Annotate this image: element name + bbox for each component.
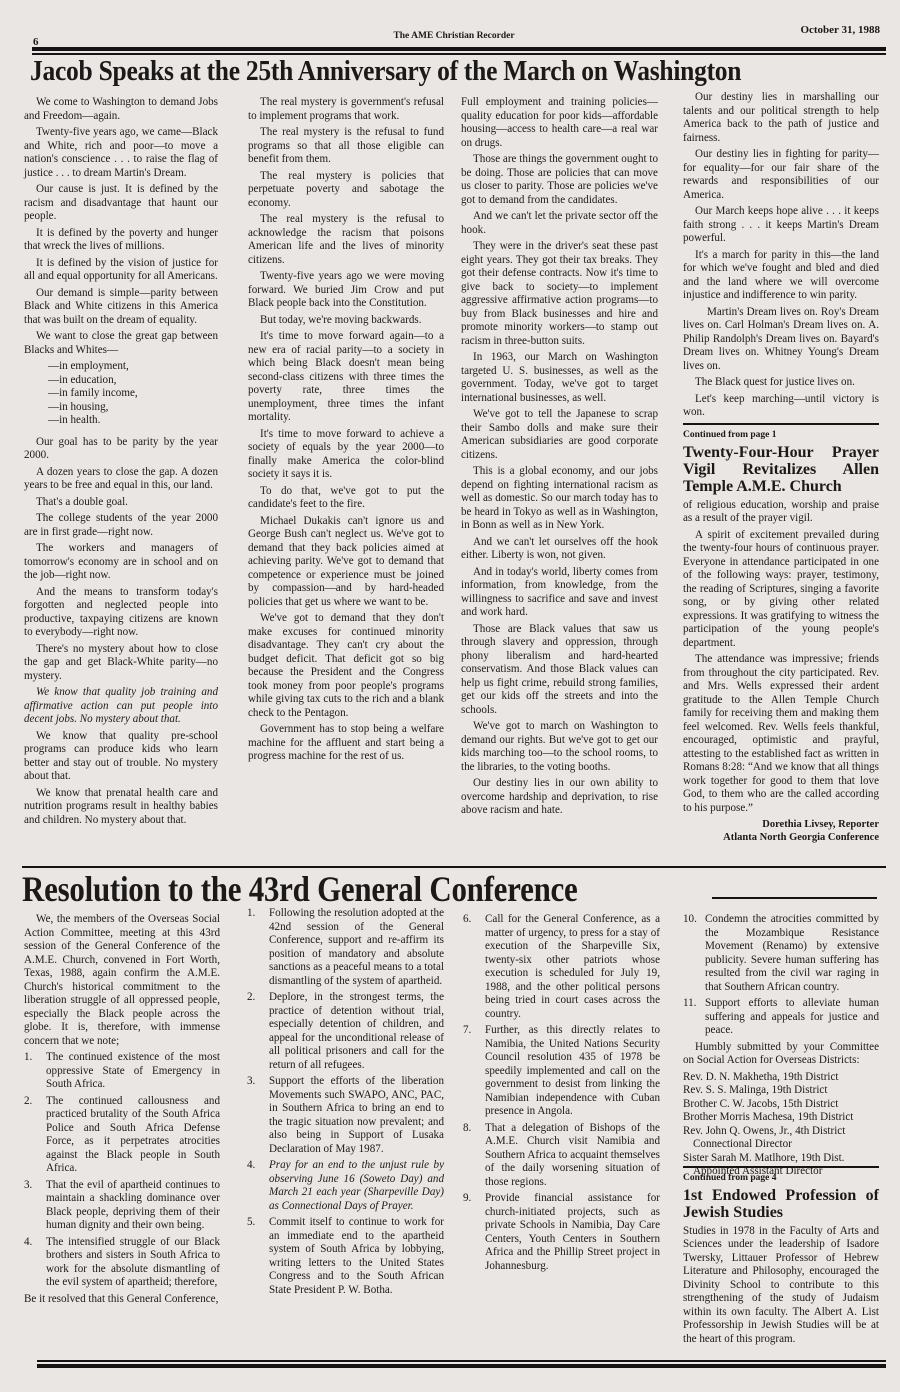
paragraph: The real mystery is government's refusal… (248, 96, 444, 123)
article1-column-3: Full employment and training policies—qu… (461, 96, 658, 821)
item-number: 2. (247, 991, 269, 1072)
resolution-item: 10.Condemn the atrocities committed by t… (683, 913, 879, 994)
signatories: Rev. D. N. Makhetha, 19th District Rev. … (683, 1071, 879, 1179)
paragraph: The real mystery is policies that perpet… (248, 170, 444, 211)
gap-list-item: —in employment, (48, 360, 218, 374)
gap-list-item: —in health. (48, 414, 218, 428)
article-headline-jacob: Jacob Speaks at the 25th Anniversary of … (30, 55, 741, 88)
intro-paragraph: We, the members of the Overseas Social A… (24, 913, 220, 1048)
paragraph: It's time to move forward to achieve a s… (248, 428, 444, 482)
paragraph: We want to close the great gap between B… (24, 330, 218, 357)
resolution-item: 2.Deplore, in the strongest terms, the p… (247, 991, 444, 1072)
item-number: 10. (683, 913, 705, 994)
resolution-item: 9.Provide financial assistance for churc… (463, 1192, 660, 1273)
paragraph: Full employment and training policies—qu… (461, 96, 658, 150)
resolutions-list-continued: 6.Call for the General Conference, as a … (463, 913, 660, 1273)
paragraph: Our destiny lies in fighting for parity—… (683, 148, 879, 202)
paragraph: It is defined by the poverty and hunger … (24, 227, 218, 254)
resolution-item: 4.Pray for an end to the unjust rule by … (247, 1159, 444, 1213)
resolved-clause: Be it resolved that this General Confere… (24, 1293, 220, 1307)
resolution-column-4: 10.Condemn the atrocities committed by t… (683, 913, 879, 1179)
paragraph: A spirit of excitement prevailed during … (683, 529, 879, 651)
sidebar-rule (683, 1166, 879, 1168)
paragraph: Those are Black values that saw us throu… (461, 623, 658, 718)
item-number: 1. (24, 1051, 46, 1092)
resolution-column-2: 1.Following the resolution adopted at th… (247, 907, 444, 1300)
item-text: Following the resolution adopted at the … (269, 907, 444, 988)
paragraph: Martin's Dream lives on. Roy's Dream liv… (683, 306, 879, 374)
item-text: The continued existence of the most oppr… (46, 1051, 220, 1092)
paragraph: The attendance was impressive; friends f… (683, 653, 879, 815)
item-number: 1. (247, 907, 269, 988)
item-text: Condemn the atrocities committed by the … (705, 913, 879, 994)
paragraph: Those are things the government ought to… (461, 153, 658, 207)
paragraph: of religious education, worship and prai… (683, 499, 879, 526)
paragraph: To do that, we've got to put the candida… (248, 485, 444, 512)
issue-date: October 31, 1988 (800, 24, 880, 36)
concerns-list: 1.The continued existence of the most op… (24, 1051, 220, 1290)
signatory: Rev. John Q. Owens, Jr., 4th District (683, 1125, 879, 1139)
paragraph: The real mystery is the refusal to ackno… (248, 213, 444, 267)
gap-list: —in employment, —in education, —in famil… (24, 360, 218, 428)
paragraph: It is defined by the vision of justice f… (24, 257, 218, 284)
paragraph: The college students of the year 2000 ar… (24, 512, 218, 539)
paragraph: The Black quest for justice lives on. (683, 376, 879, 390)
paragraph: It's time to move forward again—to a new… (248, 330, 444, 425)
item-number: 4. (247, 1159, 269, 1213)
item-number: 3. (247, 1075, 269, 1156)
paragraph: This is a global economy, and our jobs d… (461, 465, 658, 533)
item-number: 9. (463, 1192, 485, 1273)
resolution-item: 6.Call for the General Conference, as a … (463, 913, 660, 1021)
concern-item: 1.The continued existence of the most op… (24, 1051, 220, 1092)
item-number: 4. (24, 1236, 46, 1290)
paragraph: Twenty-five years ago, we came—Black and… (24, 126, 218, 180)
paragraph: It's a march for parity in this—the land… (683, 249, 879, 303)
paragraph: And the means to transform today's forgo… (24, 586, 218, 640)
item-text: The continued callousness and practiced … (46, 1095, 220, 1176)
item-number: 6. (463, 913, 485, 1021)
paragraph: Our destiny lies in our own ability to o… (461, 777, 658, 818)
item-number: 11. (683, 997, 705, 1038)
signatory: Sister Sarah M. Matlhore, 19th Dist. (683, 1152, 879, 1166)
item-text: Commit itself to continue to work for an… (269, 1216, 444, 1297)
item-text: Further, as this directly relates to Nam… (485, 1024, 660, 1119)
paragraph: We come to Washington to demand Jobs and… (24, 96, 218, 123)
sidebar-title: Twenty-Four-Hour Prayer Vigil Revitalize… (683, 444, 879, 495)
continued-label: Continued from page 1 (683, 429, 879, 443)
headline-rule (712, 897, 877, 899)
paragraph: Our March keeps hope alive . . . it keep… (683, 205, 879, 246)
gap-list-item: —in education, (48, 374, 218, 388)
item-text: Pray for an end to the unjust rule by ob… (269, 1159, 444, 1213)
article1-column-2: The real mystery is government's refusal… (248, 96, 444, 767)
item-text: Call for the General Conference, as a ma… (485, 913, 660, 1021)
paragraph: We know that quality job training and af… (24, 686, 218, 727)
concern-item: 2.The continued callousness and practice… (24, 1095, 220, 1176)
sidebar-jewish-studies: Continued from page 4 1st Endowed Profes… (683, 1166, 879, 1349)
paragraph: Our demand is simple—parity between Blac… (24, 287, 218, 328)
resolution-item: 7.Further, as this directly relates to N… (463, 1024, 660, 1119)
signatory: Brother C. W. Jacobs, 15th District (683, 1098, 879, 1112)
item-text: The intensified struggle of our Black br… (46, 1236, 220, 1290)
article1-column-1: We come to Washington to demand Jobs and… (24, 96, 218, 830)
concern-item: 3.That the evil of apartheid continues t… (24, 1179, 220, 1233)
paragraph: We've got to march on Washington to dema… (461, 720, 658, 774)
sidebar-title: 1st Endowed Profession of Jewish Studies (683, 1187, 879, 1221)
masthead: 6 The AME Christian Recorder October 31,… (20, 0, 888, 52)
paragraph: And in today's world, liberty comes from… (461, 566, 658, 620)
paragraph: Government has to stop being a welfare m… (248, 723, 444, 764)
item-number: 7. (463, 1024, 485, 1119)
item-text: Support the efforts of the liberation Mo… (269, 1075, 444, 1156)
resolutions-list-end: 10.Condemn the atrocities committed by t… (683, 913, 879, 1038)
article1-column-4: Our destiny lies in marshalling our tale… (683, 91, 879, 423)
paragraph: And we can't let ourselves off the hook … (461, 536, 658, 563)
item-number: 8. (463, 1122, 485, 1190)
resolution-item: 1.Following the resolution adopted at th… (247, 907, 444, 988)
publication-name: The AME Christian Recorder (20, 31, 888, 41)
paragraph: They were in the driver's seat these pas… (461, 240, 658, 348)
footer-rule-thin (37, 1360, 886, 1362)
paragraph: Michael Dukakis can't ignore us and Geor… (248, 515, 444, 610)
resolution-item: 5.Commit itself to continue to work for … (247, 1216, 444, 1297)
signatory: Rev. S. S. Malinga, 19th District (683, 1084, 879, 1098)
item-text: That the evil of apartheid continues to … (46, 1179, 220, 1233)
sidebar-prayer-vigil: Continued from page 1 Twenty-Four-Hour P… (683, 423, 879, 844)
paragraph: The real mystery is the refusal to fund … (248, 126, 444, 167)
paragraph: Our cause is just. It is defined by the … (24, 183, 218, 224)
paragraph: And we can't let the private sector off … (461, 210, 658, 237)
footer-rule (37, 1364, 886, 1368)
paragraph: But today, we're moving backwards. (248, 314, 444, 328)
item-number: 3. (24, 1179, 46, 1233)
paragraph: Twenty-five years ago we were moving for… (248, 270, 444, 311)
resolution-item: 3.Support the efforts of the liberation … (247, 1075, 444, 1156)
signatory-role: Connectional Director (683, 1138, 879, 1152)
item-text: That a delegation of Bishops of the A.M.… (485, 1122, 660, 1190)
paragraph: A dozen years to close the gap. A dozen … (24, 466, 218, 493)
paragraph: The workers and managers of tomorrow's e… (24, 542, 218, 583)
signatory: Rev. D. N. Makhetha, 19th District (683, 1071, 879, 1085)
item-text: Deplore, in the strongest terms, the pra… (269, 991, 444, 1072)
item-number: 2. (24, 1095, 46, 1176)
item-text: Support efforts to alleviate human suffe… (705, 997, 879, 1038)
paragraph: That's a double goal. (24, 496, 218, 510)
signatory: Brother Morris Machesa, 19th District (683, 1111, 879, 1125)
resolution-item: 8.That a delegation of Bishops of the A.… (463, 1122, 660, 1190)
submitted-by: Humbly submitted by your Committee on So… (683, 1041, 879, 1068)
paragraph: There's no mystery about how to close th… (24, 643, 218, 684)
continued-label: Continued from page 4 (683, 1172, 879, 1186)
newspaper-page: 6 The AME Christian Recorder October 31,… (0, 0, 900, 1392)
gap-list-item: —in housing, (48, 401, 218, 415)
paragraph: Our goal has to be parity by the year 20… (24, 436, 218, 463)
paragraph: We know that prenatal health care and nu… (24, 787, 218, 828)
concern-item: 4.The intensified struggle of our Black … (24, 1236, 220, 1290)
paragraph: Our destiny lies in marshalling our tale… (683, 91, 879, 145)
masthead-rule (32, 47, 886, 51)
item-text: Provide financial assistance for church-… (485, 1192, 660, 1273)
paragraph: In 1963, our March on Washington targete… (461, 351, 658, 405)
paragraph: We've got to tell the Japanese to scrap … (461, 408, 658, 462)
paragraph: We know that quality pre-school programs… (24, 730, 218, 784)
resolution-column-1: We, the members of the Overseas Social A… (24, 913, 220, 1309)
gap-list-item: —in family income, (48, 387, 218, 401)
byline: Dorethia Livsey, Reporter (683, 818, 879, 831)
resolution-item: 11.Support efforts to alleviate human su… (683, 997, 879, 1038)
article-headline-resolution: Resolution to the 43rd General Conferenc… (22, 868, 578, 910)
resolution-column-3: 6.Call for the General Conference, as a … (463, 913, 660, 1276)
sidebar-rule (683, 423, 879, 425)
item-number: 5. (247, 1216, 269, 1297)
byline-org: Atlanta North Georgia Conference (683, 831, 879, 844)
paragraph: Let's keep marching—until victory is won… (683, 393, 879, 420)
paragraph: Studies in 1978 in the Faculty of Arts a… (683, 1225, 879, 1347)
paragraph: We've got to demand that they don't make… (248, 612, 444, 720)
resolutions-list: 1.Following the resolution adopted at th… (247, 907, 444, 1297)
